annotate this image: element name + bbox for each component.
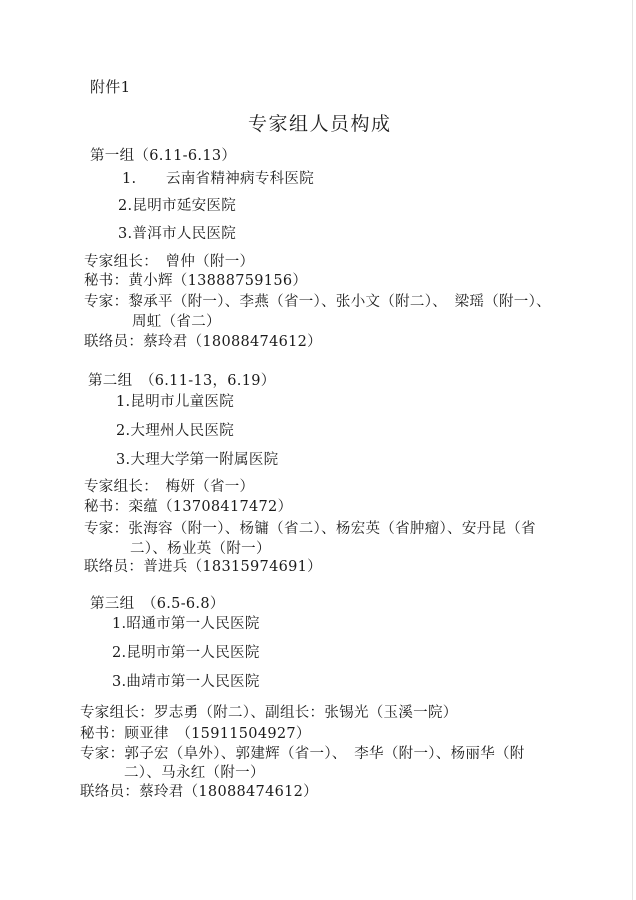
hospital-item: 1.昭通市第一人民医院 bbox=[112, 615, 260, 633]
hospital-item: 1. 云南省精神病专科医院 bbox=[122, 170, 314, 188]
group-secretary: 秘书：栾蕴（13708417472） bbox=[84, 498, 292, 516]
group-experts-continued: 二）、杨业英（附一） bbox=[130, 540, 271, 558]
hospital-item: 2.昆明市延安医院 bbox=[118, 197, 236, 215]
group-liaison: 联络员：蔡玲君（18088474612） bbox=[84, 333, 322, 351]
group-liaison: 联络员：普进兵（18315974691） bbox=[84, 558, 322, 576]
group-leader: 专家组长： 曾仲（附一） bbox=[84, 253, 254, 271]
group-experts-continued: 二）、马永红（附一） bbox=[124, 764, 265, 782]
hospital-item: 3.普洱市人民医院 bbox=[118, 225, 236, 243]
group-heading: 第三组 （6.5-6.8） bbox=[90, 595, 225, 613]
document-title: 专家组人员构成 bbox=[248, 112, 392, 136]
group-experts: 专家：张海容（附一）、杨镛（省二）、杨宏英（省肿瘤）、安丹昆（省 bbox=[84, 520, 536, 538]
group-secretary: 秘书：顾亚律 （15911504927） bbox=[80, 725, 311, 743]
hospital-item: 2.昆明市第一人民医院 bbox=[112, 644, 260, 662]
hospital-item: 3.大理大学第一附属医院 bbox=[116, 451, 278, 469]
group-liaison: 联络员：蔡玲君（18088474612） bbox=[80, 783, 318, 801]
hospital-item: 1.昆明市儿童医院 bbox=[116, 393, 234, 411]
page-edge bbox=[632, 0, 633, 900]
group-leader: 专家组长：罗志勇（附二）、副组长：张锡光（玉溪一院） bbox=[80, 704, 458, 722]
group-experts: 专家：郭子宏（阜外）、郭建辉（省一）、 李华（附一）、杨丽华（附 bbox=[80, 745, 525, 763]
group-heading: 第二组 （6.11-13，6.19） bbox=[88, 372, 276, 390]
group-experts-continued: 周虹（省二） bbox=[132, 313, 221, 331]
group-heading: 第一组（6.11-6.13） bbox=[90, 147, 236, 165]
group-leader: 专家组长： 梅妍（省一） bbox=[84, 478, 254, 496]
attachment-label: 附件1 bbox=[90, 78, 130, 96]
hospital-item: 2.大理州人民医院 bbox=[116, 422, 234, 440]
group-secretary: 秘书：黄小辉（13888759156） bbox=[84, 272, 307, 290]
group-experts: 专家：黎承平（附一）、李燕（省一）、张小文（附二）、 梁瑶（附一）、 bbox=[84, 293, 551, 311]
hospital-item: 3.曲靖市第一人民医院 bbox=[112, 673, 260, 691]
